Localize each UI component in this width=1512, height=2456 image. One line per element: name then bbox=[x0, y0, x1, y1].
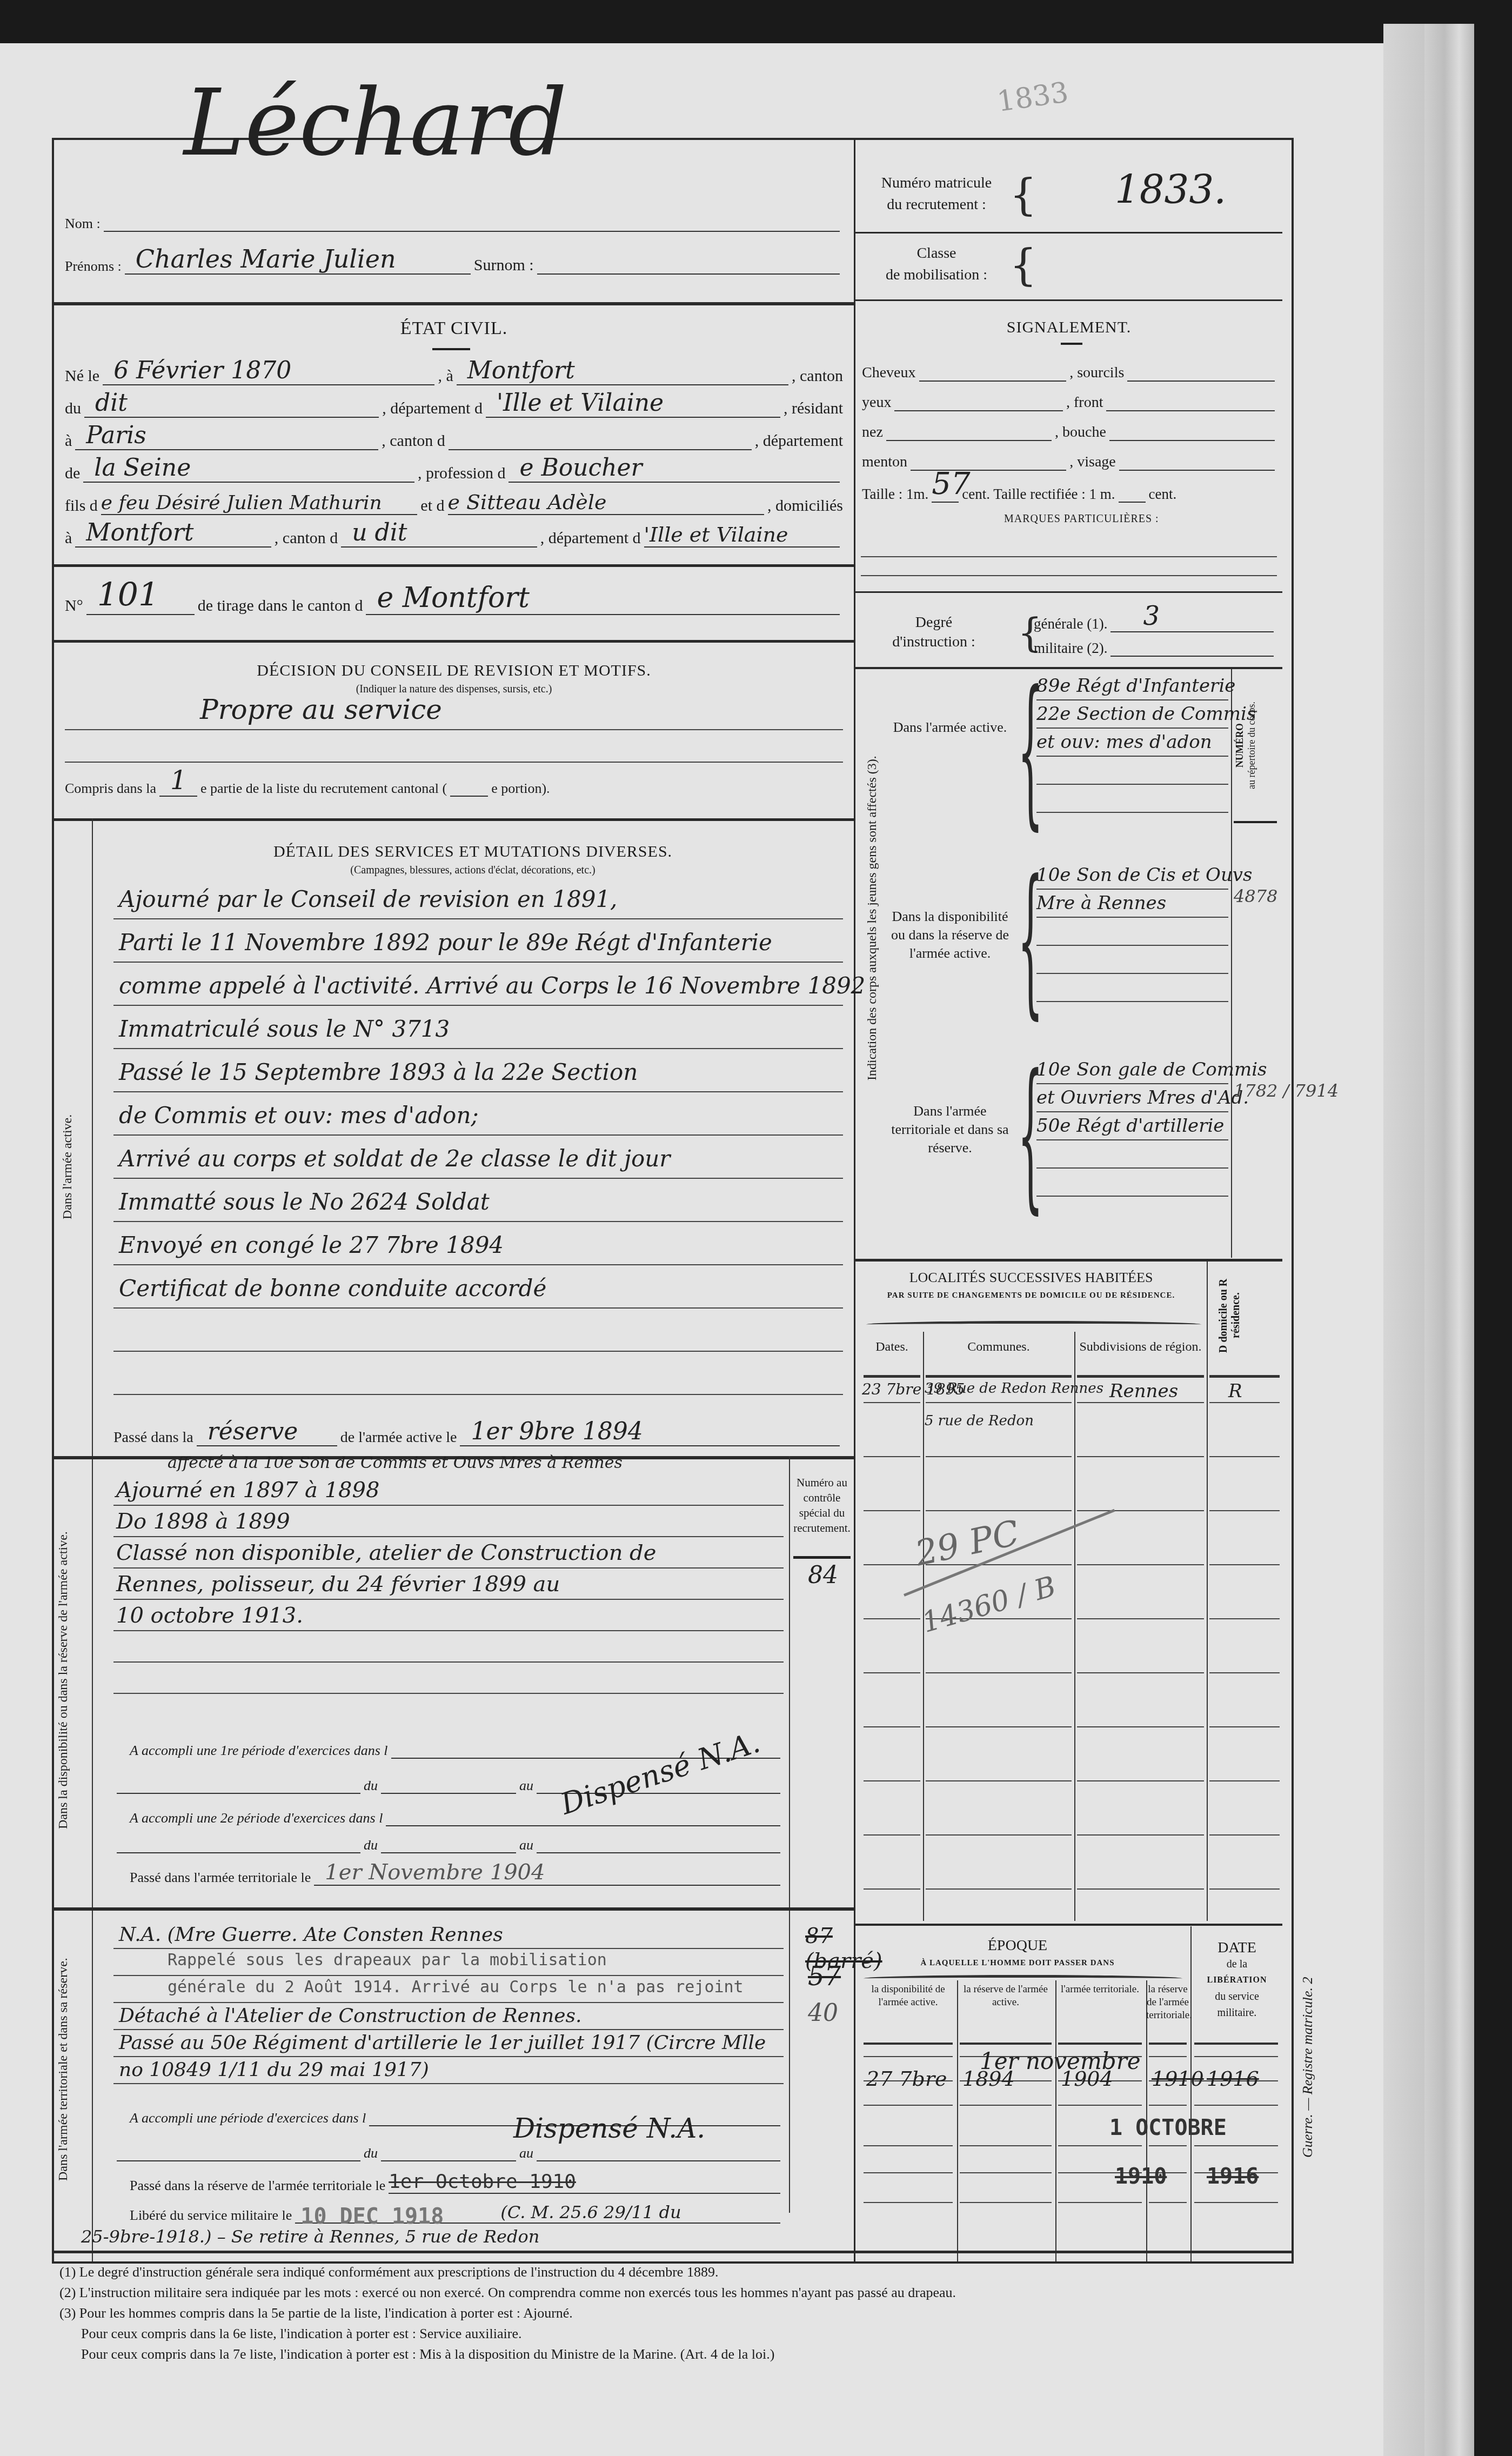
compris-row: Compris dans la 1 e partie de la liste d… bbox=[65, 780, 550, 797]
column-divider bbox=[1055, 1980, 1056, 2261]
header-rule bbox=[1077, 1375, 1204, 1378]
ruled-line bbox=[864, 1564, 920, 1565]
ruled-line bbox=[113, 1264, 843, 1265]
departement-field: 'Ille et Vilaine bbox=[486, 416, 780, 418]
birth-date-field: 6 Février 1870 bbox=[103, 384, 434, 385]
ruled-line bbox=[1209, 1726, 1280, 1727]
footnote: (3) Pour les hommes compris dans la 5e p… bbox=[59, 2303, 1292, 2324]
ruled-line bbox=[960, 2105, 1052, 2106]
corps-section-label: Dans l'armée active. bbox=[888, 718, 1012, 737]
degre-label-line1: Degré bbox=[866, 613, 1001, 632]
decision-subtitle: (Indiquer la nature des dispenses, sursi… bbox=[54, 683, 854, 696]
ruled-line bbox=[926, 1672, 1072, 1673]
decision-value: Propre au service bbox=[200, 694, 442, 725]
territoriale-line: Détaché à l'Atelier de Construction de R… bbox=[119, 2005, 581, 2027]
ruled-line bbox=[864, 2172, 953, 2173]
ruled-line bbox=[864, 1726, 920, 1727]
localites-title: LOCALITÉS SUCCESSIVES HABITÉES bbox=[855, 1270, 1207, 1286]
ruled-line bbox=[113, 1661, 784, 1663]
libere-field: 10 DEC 1918 (C. M. 25.6 29/11 du bbox=[295, 2222, 780, 2224]
divider bbox=[54, 564, 854, 567]
ruled-line bbox=[65, 729, 843, 730]
birth-date-value: 6 Février 1870 bbox=[113, 357, 291, 384]
passe-label: Passé dans la bbox=[113, 1429, 193, 1446]
ruled-line bbox=[861, 575, 1277, 576]
du-label: du bbox=[65, 399, 81, 418]
ruled-line bbox=[113, 962, 843, 963]
taille-rectifiee-label: cent. Taille rectifiée : 1 m. bbox=[962, 486, 1115, 503]
corps-line: 50e Régt d'artillerie bbox=[1036, 1115, 1224, 1137]
liberation-header-line: du service bbox=[1192, 1988, 1282, 2005]
ruled-line bbox=[1077, 1888, 1204, 1890]
prenoms-row: Prénoms : Charles Marie Julien Surnom : bbox=[65, 256, 843, 275]
domicilies-label: , domiciliés bbox=[767, 497, 843, 515]
detail-line: Ajourné par le Conseil de revision en 18… bbox=[119, 886, 617, 912]
du-label: du bbox=[364, 1778, 378, 1794]
header-rule bbox=[926, 1375, 1072, 1378]
passe-territoriale-label: Passé dans l'armée territoriale le bbox=[130, 1870, 311, 1886]
militaire-field bbox=[1110, 655, 1274, 657]
disponibilite-line: Rennes, polisseur, du 24 février 1899 au bbox=[116, 1572, 560, 1597]
ruled-line bbox=[861, 556, 1277, 557]
passe-reserve-date-field: 1er 9bre 1894 bbox=[460, 1445, 840, 1446]
corps-numero: 4878 bbox=[1234, 886, 1277, 906]
ruled-line bbox=[1036, 889, 1228, 890]
territoriale-line: générale du 2 Août 1914. Arrivé au Corps… bbox=[168, 1978, 744, 1997]
canton-field: dit bbox=[84, 416, 379, 418]
detail-line: de Commis et ouv: mes d'adon; bbox=[119, 1102, 479, 1129]
territoriale-line: Passé au 50e Régiment d'artillerie le 1e… bbox=[119, 2032, 766, 2054]
libere-date-stamp: 10 DEC 1918 bbox=[300, 2204, 444, 2229]
residence-field: Paris bbox=[75, 449, 378, 450]
ruled-line bbox=[1036, 756, 1228, 757]
ruled-line bbox=[1077, 1564, 1204, 1565]
ruled-line bbox=[1209, 1888, 1280, 1890]
ruled-line bbox=[1194, 2202, 1278, 2203]
signalement-label: nez bbox=[862, 424, 883, 441]
epoque-column-header: la disponibilité de l'armée active. bbox=[861, 1983, 955, 2009]
partie-value: 1 bbox=[170, 765, 187, 796]
column-divider bbox=[1074, 1332, 1075, 1921]
ruled-line bbox=[1149, 2105, 1187, 2106]
localites-flourish bbox=[866, 1321, 1201, 1328]
signalement-field bbox=[1106, 410, 1275, 411]
nom-row: Nom : bbox=[65, 216, 843, 232]
taille-row: Taille : 1m. 57 cent. Taille rectifiée :… bbox=[862, 486, 1278, 503]
ruled-line bbox=[113, 918, 843, 919]
domicile-canton-value: u dit bbox=[352, 519, 407, 546]
generale-label: générale (1). bbox=[1034, 616, 1107, 632]
territoriale-controle-value: 57 bbox=[808, 1961, 841, 1992]
territoriale-from-field bbox=[381, 2160, 516, 2161]
ruled-line bbox=[1036, 917, 1228, 918]
passe-reserve-territoriale-stamp: 1er Octobre 1910 bbox=[389, 2171, 576, 2193]
ruled-line bbox=[113, 2029, 784, 2030]
ruled-line bbox=[926, 1456, 1072, 1457]
departement-label: , département bbox=[755, 432, 843, 450]
passe-reserve-territoriale-row: Passé dans la réserve de l'armée territo… bbox=[130, 2178, 784, 2194]
ruled-line bbox=[926, 1834, 1072, 1836]
tirage-canton-value: e Montfort bbox=[377, 582, 530, 614]
detail-line: Envoyé en congé le 27 7bre 1894 bbox=[119, 1232, 504, 1258]
ruled-line bbox=[113, 1134, 843, 1136]
domicile-canton-field: u dit bbox=[341, 546, 537, 548]
ruled-line bbox=[1036, 1001, 1228, 1002]
ruled-line bbox=[864, 2105, 953, 2106]
ruled-line bbox=[1036, 1167, 1228, 1169]
disponibilite-line: Ajourné en 1897 à 1898 bbox=[116, 1478, 379, 1503]
territoriale-dates-row: du au bbox=[113, 2145, 784, 2161]
title-rule bbox=[432, 348, 470, 350]
liberation-header-line: DATE bbox=[1192, 1940, 1282, 1956]
ruled-line bbox=[864, 2056, 953, 2057]
ruled-line bbox=[1209, 1834, 1280, 1836]
ruled-line bbox=[864, 2145, 953, 2146]
corps-line: et Ouvriers Mres d'Ad. bbox=[1036, 1087, 1249, 1109]
profession-field: e Boucher bbox=[509, 481, 840, 483]
detail-line: Immatté sous le No 2624 Soldat bbox=[119, 1189, 490, 1215]
territoriale-line: N.A. (Mre Guerre. Ate Consten Rennes bbox=[119, 1924, 503, 1946]
epoque-stamp-reserve: 1910 bbox=[1115, 2164, 1167, 2189]
margin-imprint: Guerre. — Registre matricule. 2 bbox=[1300, 1838, 1316, 2297]
signalement-label: , visage bbox=[1069, 453, 1116, 471]
localite-commune: 5 rue de Redon bbox=[925, 1413, 1034, 1429]
signalement-field bbox=[919, 380, 1067, 382]
ruled-line bbox=[1194, 2056, 1278, 2057]
signalement-row: Cheveux, sourcils bbox=[862, 364, 1278, 382]
compris-label: Compris dans la bbox=[65, 780, 156, 797]
detail-line: Certificat de bonne conduite accordé bbox=[119, 1275, 546, 1302]
localite-subdivision: Rennes bbox=[1109, 1380, 1178, 1402]
ruled-line bbox=[113, 1351, 843, 1352]
column-divider bbox=[1207, 1332, 1208, 1921]
mother-field: e Sitteau Adèle bbox=[448, 513, 765, 515]
ruled-line bbox=[113, 2002, 784, 2003]
ruled-line bbox=[65, 762, 843, 763]
epoque-value: 27 7bre bbox=[866, 2067, 947, 2091]
ruled-line bbox=[864, 1834, 920, 1836]
column-divider bbox=[1207, 1262, 1208, 1332]
birth-place-value: Montfort bbox=[467, 357, 575, 384]
ruled-line bbox=[113, 2056, 784, 2057]
ruled-line bbox=[113, 1948, 784, 1949]
nom-field bbox=[104, 230, 840, 232]
epoque-stamp-liberation: 1916 bbox=[1207, 2164, 1259, 2189]
degre-label-line2: d'instruction : bbox=[866, 632, 1001, 652]
detail-subtitle: (Campagnes, blessures, actions d'éclat, … bbox=[92, 864, 854, 877]
footnotes: (1) Le degré d'instruction générale sera… bbox=[59, 2262, 1292, 2365]
header-rule bbox=[1194, 2043, 1278, 2045]
ruled-line bbox=[1036, 784, 1228, 785]
divider bbox=[54, 640, 854, 643]
domicile-field: Montfort bbox=[75, 546, 271, 548]
periode2-from-field bbox=[381, 1852, 516, 1853]
title-rule bbox=[1061, 343, 1082, 345]
ruled-line bbox=[1077, 1456, 1204, 1457]
header-rule bbox=[960, 2043, 1052, 2045]
periode2-row: A accompli une 2e période d'exercices da… bbox=[130, 1810, 784, 1826]
numero-label: NUMÉRO au répertoire du corps. bbox=[1234, 675, 1257, 816]
detail-line: comme appelé à l'activité. Arrivé au Cor… bbox=[119, 972, 865, 999]
divider bbox=[855, 591, 1282, 593]
column-divider bbox=[957, 1980, 958, 2261]
signalement-row: menton, visage bbox=[862, 453, 1278, 471]
ruled-line bbox=[1209, 1456, 1280, 1457]
header-rule bbox=[1058, 2043, 1142, 2045]
periode1-label: A accompli une 1re période d'exercices d… bbox=[130, 1743, 388, 1759]
territoriale-periode-value: Dispensé N.A. bbox=[513, 2113, 705, 2144]
territoriale-unit-field bbox=[117, 2160, 360, 2161]
cent-label: cent. bbox=[1149, 486, 1177, 503]
ruled-line bbox=[960, 2145, 1052, 2146]
ruled-line bbox=[1149, 2202, 1187, 2203]
au-label: au bbox=[519, 1778, 533, 1794]
divider bbox=[855, 299, 1282, 301]
localites-column-header: Communes. bbox=[923, 1340, 1074, 1354]
header-rule bbox=[1149, 2043, 1187, 2045]
ruled-line bbox=[960, 2172, 1052, 2173]
passe-territoriale-field: 1er Novembre 1904 bbox=[314, 1884, 780, 1886]
residence-departement-value: la Seine bbox=[94, 454, 191, 482]
classe-label-line2: de mobilisation : bbox=[866, 264, 1007, 286]
corps-side-label: Indication des corps auxquels les jeunes… bbox=[865, 675, 880, 1162]
detail-line: Parti le 11 Novembre 1892 pour le 89e Ré… bbox=[119, 929, 772, 956]
periode2-field bbox=[386, 1825, 780, 1826]
ruled-line bbox=[1036, 1083, 1228, 1084]
header-rule bbox=[1209, 1375, 1280, 1378]
degre-label: Degré d'instruction : bbox=[866, 613, 1001, 652]
liberation-header-line: militaire. bbox=[1192, 2005, 1282, 2021]
signalement-field bbox=[894, 410, 1063, 411]
surnom-field bbox=[537, 273, 840, 275]
canton-d-label: , canton d bbox=[382, 432, 445, 450]
father-value: e feu Désiré Julien Mathurin bbox=[101, 492, 382, 514]
ruled-line bbox=[1077, 1618, 1204, 1619]
ruled-line bbox=[1077, 1510, 1204, 1511]
tirage-no-label: N° bbox=[65, 597, 83, 615]
passe-reserve-field: réserve bbox=[197, 1445, 337, 1446]
generale-field: 3 bbox=[1110, 631, 1274, 632]
ruled-line bbox=[113, 1536, 784, 1537]
detail-title: DÉTAIL DES SERVICES ET MUTATIONS DIVERSE… bbox=[92, 843, 854, 861]
au-label: au bbox=[519, 2145, 533, 2161]
signalement-field bbox=[1109, 439, 1275, 441]
armee-active-label: de l'armée active le bbox=[340, 1429, 457, 1446]
territoriale-line: no 10849 1/11 du 29 mai 1917) bbox=[119, 2059, 429, 2081]
classe-label: Classe de mobilisation : bbox=[866, 243, 1007, 286]
footnote: (1) Le degré d'instruction générale sera… bbox=[59, 2262, 1292, 2283]
signalement-label: yeux bbox=[862, 394, 891, 411]
passe-territoriale-row: Passé dans l'armée territoriale le 1er N… bbox=[130, 1870, 784, 1886]
divider bbox=[855, 667, 1282, 669]
corps-line: 22e Section de Commis bbox=[1036, 703, 1256, 725]
divider bbox=[855, 232, 1282, 233]
ruled-line bbox=[1058, 2202, 1142, 2203]
controle-label: Numéro au contrôle spécial du recrutemen… bbox=[790, 1475, 854, 1536]
localites-column-header: Dates. bbox=[861, 1340, 923, 1354]
ruled-line bbox=[926, 1780, 1072, 1781]
liste-label: e partie de la liste du recrutement cant… bbox=[200, 780, 447, 797]
corps-section-label: Dans la disponibilité ou dans la réserve… bbox=[888, 907, 1012, 963]
epoque-stamp-octobre: 1 OCTOBRE bbox=[1109, 2115, 1227, 2140]
canton-value: dit bbox=[95, 389, 128, 417]
ruled-line bbox=[113, 1693, 784, 1694]
ruled-line bbox=[1036, 1111, 1228, 1112]
localites-column-header: Subdivisions de région. bbox=[1074, 1340, 1207, 1354]
fils-label: fils d bbox=[65, 497, 98, 515]
surname-value: Léchard bbox=[184, 70, 567, 177]
et-label: et d bbox=[420, 497, 444, 515]
divider bbox=[855, 1259, 1282, 1262]
ruled-line bbox=[113, 1394, 843, 1395]
brace-icon: { bbox=[1009, 240, 1037, 290]
du-label: du bbox=[364, 2145, 378, 2161]
ruled-line bbox=[926, 1888, 1072, 1890]
generale-row: générale (1). 3 bbox=[1034, 616, 1277, 632]
ruled-line bbox=[864, 2202, 953, 2203]
birth-place-field: Montfort bbox=[457, 384, 788, 385]
localite-commune: 39 Rue de Redon Rennes bbox=[925, 1380, 1103, 1397]
periode1-unit-field bbox=[117, 1792, 360, 1794]
liberation-value: 1916 bbox=[1207, 2067, 1259, 2091]
passe-reserve-value: réserve bbox=[208, 1418, 298, 1445]
departement-label: , département d bbox=[382, 399, 483, 418]
tirage-no-value: 101 bbox=[97, 576, 159, 614]
registration-form: Léchard Nom : Prénoms : Charles Marie Ju… bbox=[52, 138, 1294, 2264]
portion-label: e portion). bbox=[491, 780, 550, 797]
side-label-active: Dans l'armée active. bbox=[61, 1005, 75, 1329]
ruled-line bbox=[864, 1888, 920, 1890]
prenoms-label: Prénoms : bbox=[65, 258, 122, 275]
ruled-line bbox=[113, 1975, 784, 1976]
ruled-line bbox=[1194, 2105, 1278, 2106]
profession-row: de la Seine , profession d e Boucher bbox=[65, 464, 843, 483]
corps-line: 10e Son gale de Commis bbox=[1036, 1059, 1267, 1080]
ruled-line bbox=[113, 2083, 784, 2084]
side-label-territoriale: Dans l'armée territoriale et dans sa rés… bbox=[56, 1940, 89, 2199]
ruled-line bbox=[1209, 1672, 1280, 1673]
signalement-row: nez, bouche bbox=[862, 424, 1278, 441]
libere-continuation: 25-9bre-1918.) – Se retire à Rennes, 5 r… bbox=[81, 2226, 539, 2247]
passe-reserve-date: 1er 9bre 1894 bbox=[471, 1418, 643, 1445]
marques-label: MARQUES PARTICULIÈRES : bbox=[1004, 513, 1159, 525]
signalement-label: menton bbox=[862, 453, 907, 471]
signalement-title: SIGNALEMENT. bbox=[855, 318, 1282, 337]
matricule-value: 1833. bbox=[1115, 167, 1226, 212]
periode2-to-field bbox=[537, 1852, 780, 1853]
page-stack-edge bbox=[1383, 24, 1426, 2456]
disponibilite-line: 10 octobre 1913. bbox=[116, 1603, 303, 1628]
ruled-line bbox=[864, 1780, 920, 1781]
residant-label: , résidant bbox=[784, 399, 843, 418]
ruled-line bbox=[864, 1456, 920, 1457]
footnote: (2) L'instruction militaire sera indiqué… bbox=[59, 2283, 1292, 2303]
ruled-line bbox=[113, 1505, 784, 1506]
corps-numero: 1782 / 7914 bbox=[1234, 1080, 1339, 1101]
epoque-value: 1910 bbox=[1152, 2067, 1204, 2091]
residence-value: Paris bbox=[86, 422, 146, 449]
territoriale-to-field bbox=[537, 2160, 780, 2161]
periode-dispense-value: Dispensé N.A. bbox=[557, 1725, 764, 1821]
disponibilite-line: Classé non disponible, atelier de Constr… bbox=[116, 1540, 656, 1565]
ruled-line bbox=[1149, 2145, 1187, 2146]
matricule-label-line1: Numéro matricule bbox=[866, 172, 1007, 194]
passe-reserve-territoriale-field: 1er Octobre 1910 bbox=[389, 2192, 780, 2194]
ne-le-label: Né le bbox=[65, 367, 99, 385]
ruled-line bbox=[1077, 1672, 1204, 1673]
partie-field: 1 bbox=[159, 795, 197, 797]
taille-value: 57 bbox=[932, 466, 970, 502]
signalement-label: , bouche bbox=[1055, 424, 1106, 441]
signalement-field bbox=[1127, 380, 1275, 382]
corps-line: 10e Son de Cis et Ouvs bbox=[1036, 864, 1253, 886]
disponibilite-line: Do 1898 à 1899 bbox=[116, 1509, 290, 1534]
ruled-line bbox=[1209, 1402, 1280, 1403]
a-label: à bbox=[65, 432, 72, 450]
ruled-line bbox=[113, 1221, 843, 1222]
ruled-line bbox=[1036, 945, 1228, 946]
numero-rule bbox=[1234, 821, 1277, 823]
au-label: au bbox=[519, 1837, 533, 1853]
divider bbox=[54, 818, 854, 821]
epoque-column-header: l'armée territoriale. bbox=[1055, 1983, 1145, 1996]
matricule-label: Numéro matricule du recrutement : bbox=[866, 172, 1007, 216]
detail-line: Arrivé au corps et soldat de 2e classe l… bbox=[119, 1145, 670, 1172]
detail-line: Passé le 15 Septembre 1893 à la 22e Sect… bbox=[119, 1059, 638, 1085]
profession-label: , profession d bbox=[418, 464, 505, 483]
ruled-line bbox=[926, 1726, 1072, 1727]
ruled-line bbox=[864, 1618, 920, 1619]
ruled-line bbox=[926, 1510, 1072, 1511]
epoque-title: ÉPOQUE bbox=[855, 1937, 1180, 1954]
ruled-line bbox=[1209, 1564, 1280, 1565]
surnom-label: Surnom : bbox=[474, 256, 534, 275]
parents-row: fils d e feu Désiré Julien Mathurin et d… bbox=[65, 497, 843, 515]
header-rule bbox=[864, 2043, 953, 2045]
ruled-line bbox=[113, 1599, 784, 1600]
territoriale-line: Rappelé sous les drapeaux par la mobilis… bbox=[168, 1951, 607, 1970]
domicile-row: à Montfort , canton d u dit , départemen… bbox=[65, 529, 843, 548]
signalement-row: yeux, front bbox=[862, 394, 1278, 411]
footnote: Pour ceux compris dans la 6e liste, l'in… bbox=[59, 2324, 1292, 2344]
decision-title: DÉCISION DU CONSEIL DE REVISION ET MOTIF… bbox=[54, 662, 854, 680]
divider bbox=[54, 302, 854, 305]
signalement-label: , front bbox=[1066, 394, 1103, 411]
divider bbox=[855, 1924, 1282, 1926]
ruled-line bbox=[864, 1510, 920, 1511]
epoque-column-header: la réserve de l'armée territoriale. bbox=[1146, 1983, 1189, 2022]
ruled-line bbox=[1194, 2145, 1278, 2146]
a-label: , à bbox=[438, 367, 453, 385]
brace-icon: { bbox=[1009, 170, 1037, 220]
territoriale-controle-value-2: 40 bbox=[808, 1999, 838, 2027]
a-label: à bbox=[65, 529, 72, 548]
ruled-line bbox=[113, 1048, 843, 1049]
libere-reference: (C. M. 25.6 29/11 du bbox=[500, 2202, 681, 2223]
domicile-value: Montfort bbox=[86, 519, 193, 546]
liberation-header-line: de la bbox=[1192, 1956, 1282, 1972]
canton-label: , canton d bbox=[275, 529, 338, 548]
birth-row: Né le 6 Février 1870 , à Montfort , cant… bbox=[65, 367, 843, 385]
ruled-line bbox=[1077, 1402, 1204, 1403]
ruled-line bbox=[1077, 1780, 1204, 1781]
epoque-subtitle: À LAQUELLE L'HOMME DOIT PASSER DANS bbox=[855, 1959, 1180, 1968]
ruled-line bbox=[926, 1402, 1072, 1403]
ruled-line bbox=[1209, 1780, 1280, 1781]
ruled-line bbox=[864, 1402, 920, 1403]
matricule-label-line2: du recrutement : bbox=[866, 194, 1007, 216]
father-field: e feu Désiré Julien Mathurin bbox=[101, 513, 418, 515]
